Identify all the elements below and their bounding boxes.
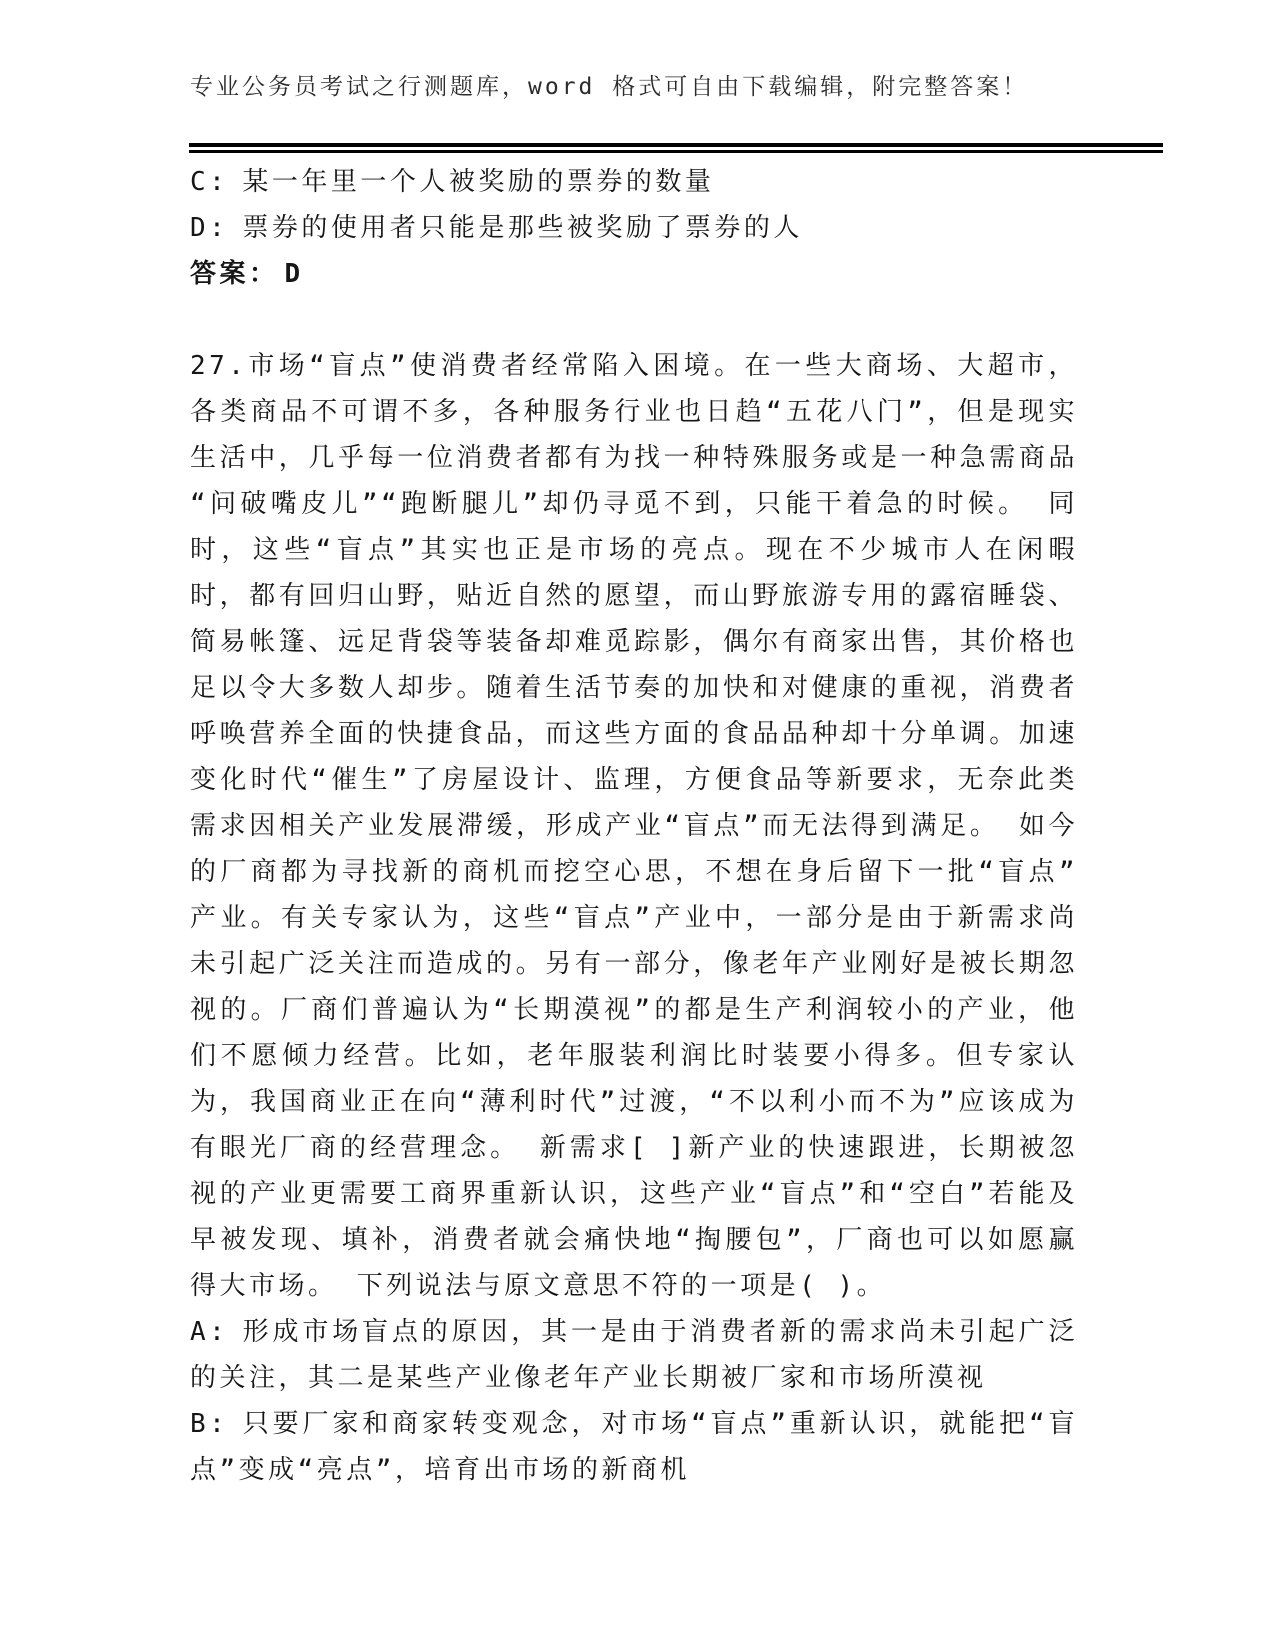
document-page: 专业公务员考试之行测题库，word 格式可自由下载编辑，附完整答案！ C:某一年… <box>0 0 1275 1650</box>
header-divider-rule <box>189 143 1163 153</box>
option-c-text: 某一年里一个人被奖励的票券的数量 <box>242 167 714 197</box>
answer-row: 答案：D <box>190 251 1078 297</box>
option-row-a: A:形成市场盲点的原因，其一是由于消费者新的需求尚未引起广泛的关注，其二是某些产… <box>190 1309 1078 1401</box>
option-d-text: 票券的使用者只能是那些被奖励了票券的人 <box>242 213 803 243</box>
option-row-d: D:票券的使用者只能是那些被奖励了票券的人 <box>190 205 1078 251</box>
header-text: 专业公务员考试之行测题库，word 格式可自由下载编辑，附完整答案！ <box>190 74 1028 100</box>
document-header: 专业公务员考试之行测题库，word 格式可自由下载编辑，附完整答案！ <box>190 72 1165 102</box>
answer-value: D <box>285 259 304 289</box>
option-row-c: C:某一年里一个人被奖励的票券的数量 <box>190 159 1078 205</box>
option-d-label: D: <box>190 213 228 243</box>
option-b-label: B: <box>190 1409 228 1439</box>
option-a-text: 形成市场盲点的原因，其一是由于消费者新的需求尚未引起广泛的关注，其二是某些产业像… <box>190 1317 1078 1393</box>
question-number: 27. <box>190 351 247 381</box>
answer-label: 答案： <box>190 259 279 289</box>
question-text: 市场“盲点”使消费者经常陷入困境。在一些大商场、大超市，各类商品不可谓不多，各种… <box>190 351 1078 1301</box>
question-paragraph: 27.市场“盲点”使消费者经常陷入困境。在一些大商场、大超市，各类商品不可谓不多… <box>190 343 1078 1309</box>
option-c-label: C: <box>190 167 228 197</box>
document-body: C:某一年里一个人被奖励的票券的数量 D:票券的使用者只能是那些被奖励了票券的人… <box>190 159 1078 1493</box>
option-row-b: B:只要厂家和商家转变观念，对市场“盲点”重新认识，就能把“盲点”变成“亮点”，… <box>190 1401 1078 1493</box>
option-a-label: A: <box>190 1317 228 1347</box>
option-b-text: 只要厂家和商家转变观念，对市场“盲点”重新认识，就能把“盲点”变成“亮点”，培育… <box>190 1409 1078 1485</box>
